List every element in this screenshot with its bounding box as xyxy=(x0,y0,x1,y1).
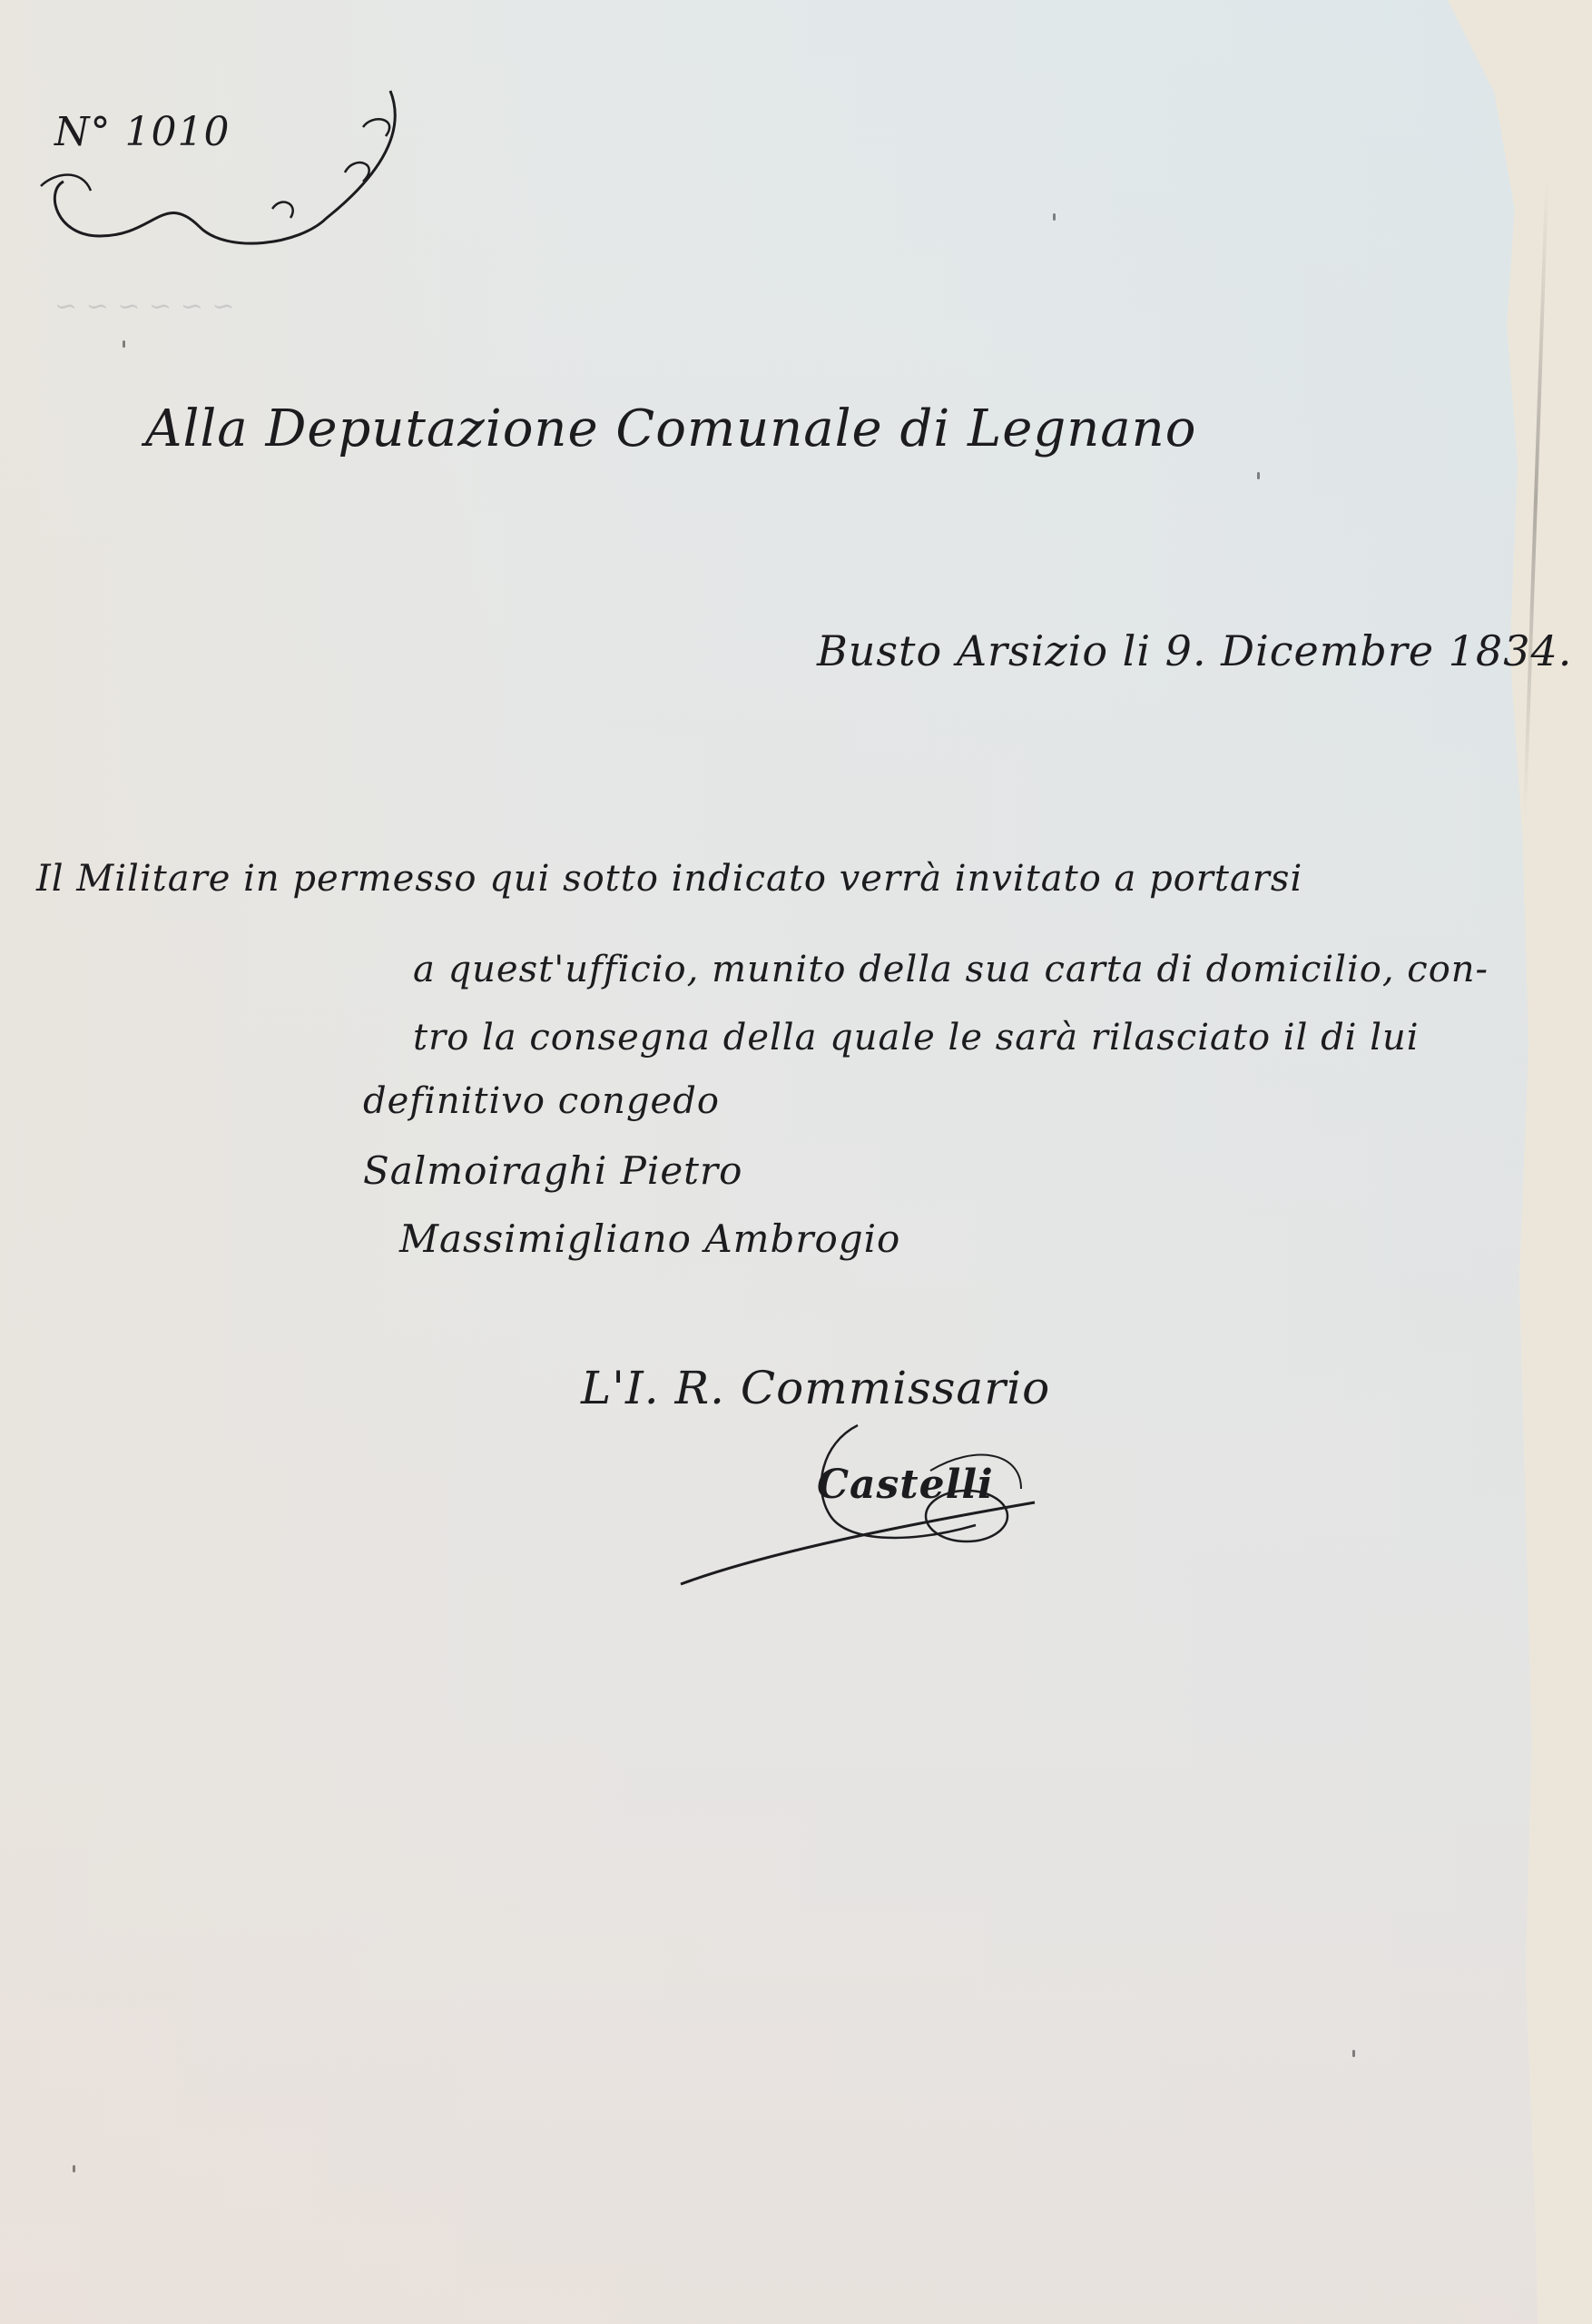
body-line-2: a quest'ufficio, munito della sua carta … xyxy=(413,949,1489,990)
closing-title: L'I. R. Commissario xyxy=(581,1362,1050,1414)
ink-speck xyxy=(1257,472,1260,479)
ink-speck xyxy=(1352,2050,1355,2057)
addressee-line: Alla Deputazione Comunale di Legnano xyxy=(145,399,1196,458)
torn-edge xyxy=(1523,182,1548,817)
ink-speck xyxy=(1053,213,1056,221)
soldier-name-1: Salmoiraghi Pietro xyxy=(363,1148,742,1193)
bleed-through-text: ~ ~ ~ ~ ~ ~ xyxy=(54,290,235,322)
soldier-name-2: Massimigliano Ambrogio xyxy=(399,1216,900,1261)
body-line-3: tro la consegna della quale le sarà rila… xyxy=(413,1017,1420,1059)
body-line-1: Il Militare in permesso qui sotto indica… xyxy=(36,858,1302,900)
ink-speck xyxy=(123,340,125,348)
signature: Castelli xyxy=(817,1462,994,1508)
protocol-number: N° 1010 xyxy=(54,109,230,155)
ink-speck xyxy=(73,2165,75,2172)
body-line-4: definitivo congedo xyxy=(363,1080,720,1122)
place-date-line: Busto Arsizio li 9. Dicembre 1834. xyxy=(817,626,1572,675)
paper-sheet xyxy=(0,0,1557,2324)
